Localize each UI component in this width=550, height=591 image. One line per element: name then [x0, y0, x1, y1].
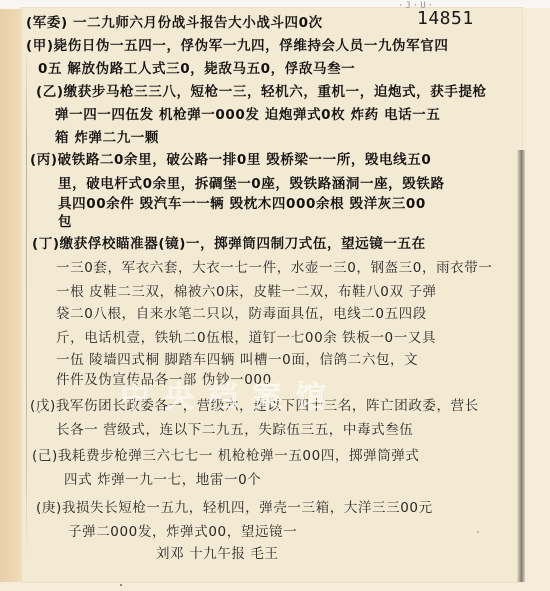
section-ji-line-1: (己)我耗费步枪弹三六七七一 机枪枪弹一五00四，掷弹筒弹式	[32, 448, 420, 464]
section-geng-line-1: (庚)我损失长短枪一五九，轻机四，弹壳一三箱，大洋三三00元	[36, 500, 433, 516]
section-ding-line-6: 一伍 陵墙四式桐 脚踏车四辆 叫槽一0面，信鸽二六包，文	[56, 352, 418, 368]
section-ding-line-2: 一三0套，军衣六套，大衣一七一件，水壶一三0，钢盔三0，雨衣带一	[56, 260, 492, 276]
section-bing-line-2: 里，破电杆式0余里，拆碉堡一0座，毁铁路涵洞一座，毁铁路	[58, 176, 445, 192]
section-yi-line-2: 弹一四一四伍发 机枪弹一000发 迫炮弹式0枚 炸药 电话一五	[55, 107, 440, 123]
section-ding-line-1: (丁)缴获俘校瞄准器(镜)一，掷弹筒四制刀式伍，望远镜一五在	[32, 236, 426, 252]
paper-speck	[120, 584, 122, 586]
section-bing-line-4: 包	[58, 214, 72, 230]
section-ding-line-4: 袋二0八根，自来水笔二只以，防毒面具伍，电线二0五四段	[56, 306, 427, 322]
document-heading: (军委) 一二九师六月份战斗报告大小战斗四0次	[26, 15, 323, 31]
section-ding-line-5: 斤，电话机壹，铁轨二0伍根，道钉一七00余 铁板一0一又具	[56, 330, 436, 346]
section-ji-line-2: 四式 炸弹一九一七，地雷一0个	[64, 472, 261, 488]
section-wu-line-2: 长各一 营级式，连以下二九五，失踪伍三五，中毒式叁伍	[56, 422, 413, 438]
paper-speck	[38, 411, 40, 413]
left-fold-line	[26, 40, 27, 560]
bottom-margin	[0, 582, 550, 591]
right-margin	[525, 8, 550, 591]
archive-watermark: 中央档案馆	[120, 372, 340, 416]
paper-speck	[477, 531, 479, 533]
scanned-document-page: ·J·U· 14851 (军委) 一二九师六月份战斗报告大小战斗四0次 (甲)毙…	[0, 0, 550, 591]
section-bing-line-3: 具四00余件 毁汽车一一辆 毁枕木四000余根 毁洋灰三00	[58, 196, 426, 212]
section-yi-line-1: (乙)缴获步马枪三三八，短枪一三，轻机六，重机一，迫炮式，获手提枪	[36, 84, 487, 100]
section-yi-line-3: 箱 炸弹二九一颗	[55, 130, 159, 146]
archive-number: 14851	[417, 8, 474, 29]
section-geng-line-2: 子弹二000发，炸弹式00，望远镜一	[68, 524, 297, 540]
section-ding-line-3: 一根 皮鞋二三双，棉被六0床，皮鞋一二双，布鞋八0双 子弹	[56, 284, 437, 300]
section-jia-line-1: (甲)毙伤日伪一五四一，俘伪军一九四，俘维持会人员一九伪军官四	[26, 38, 448, 54]
section-jia-line-2: 0五 解放伪路工人式三0，毙敌马五0，俘敌马叁一	[38, 61, 355, 77]
section-bing-line-1: (丙)破铁路二0余里，破公路一排0里 毁桥梁一一所，毁电线五0	[30, 152, 431, 168]
right-shadow-edge	[517, 150, 525, 582]
signature-line: 刘邓 十九午报 毛王	[156, 546, 279, 562]
